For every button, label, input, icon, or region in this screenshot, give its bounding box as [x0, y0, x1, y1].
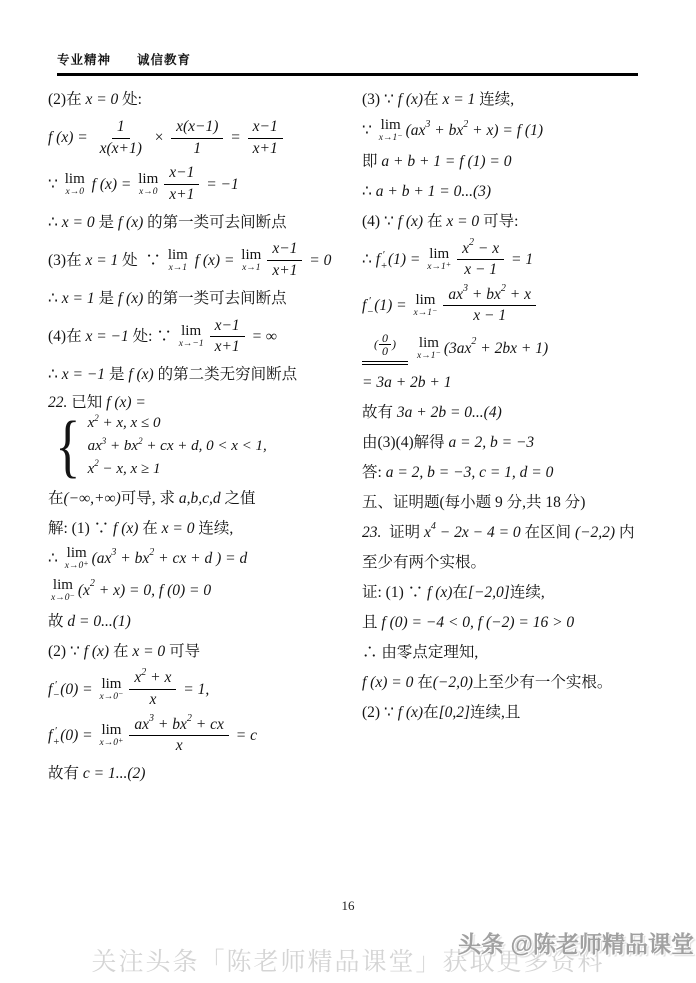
math-run: f (0) = −4 < 0, f (−2) = 16 > 0 — [381, 613, 574, 632]
text-run: 是 — [98, 213, 117, 232]
math-run: x→1 — [242, 264, 260, 274]
math-run: x — [134, 669, 141, 688]
math-line: 即 a + b + 1 = f (1) = 0 — [362, 150, 668, 174]
math-line: 由(3)(4)解得 a = 2, b = −3 — [362, 431, 668, 455]
fraction: 1x(x+1) — [95, 118, 147, 158]
text-run: 处: ∵ — [133, 327, 176, 346]
math-run: x = 0 — [62, 213, 99, 232]
limit-subscript: x→0− — [100, 693, 124, 703]
numerator: x−1 — [164, 164, 199, 185]
text-run: 证明 — [389, 523, 424, 542]
math-line: ∴ x = 0 是 f (x) 的第一类可去间断点 — [48, 210, 354, 234]
text-run: 是 — [98, 289, 117, 308]
math-line: (2)在 x = 0 处: — [48, 88, 354, 112]
math-run: × — [150, 128, 168, 147]
limit: limx→0+ — [100, 723, 124, 749]
numerator: x2 − x — [457, 240, 504, 261]
math-run: (0) = — [60, 726, 96, 745]
math-line: (00)limx→1−(3ax2 + 2bx + 1) — [362, 332, 668, 365]
math-line: ∴ x = −1 是 f (x) 的第二类无穷间断点 — [48, 363, 354, 387]
limit-word: lim — [241, 248, 261, 263]
math-line: (3)在 x = 1 处 ∵ limx→1 f (x) = limx→1x−1x… — [48, 240, 354, 280]
math-run: = ∞ — [248, 327, 277, 346]
fraction: x−1x+1 — [267, 240, 302, 280]
text-run: (3)在 — [48, 251, 85, 270]
math-run: + bx — [430, 121, 463, 140]
math-run: x→1 — [427, 263, 445, 273]
sign-mark: − — [53, 691, 59, 702]
numerator: ax3 + bx2 + cx — [129, 716, 228, 737]
math-run: f — [362, 296, 366, 315]
math-run: x−1 — [215, 317, 240, 336]
text-run: 在 — [417, 673, 433, 692]
superscript: − — [118, 690, 123, 698]
text-run: 在 — [423, 90, 439, 109]
math-run: x — [176, 737, 183, 756]
math-run: x→0 — [65, 562, 83, 572]
math-line: (4) ∵ f (x) 在 x = 0 可导: — [362, 210, 668, 234]
fraction: ax3 + bx2 + cxx — [129, 716, 228, 756]
text-run: (4)在 — [48, 327, 85, 346]
math-run: = 0 — [305, 251, 331, 270]
math-line: 在(−∞,+∞)可导, 求 a,b,c,d 之值 — [48, 486, 354, 510]
text-run: ∴ — [48, 365, 62, 384]
motto-right: 诚信教育 — [137, 53, 191, 67]
math-run: ( — [374, 337, 378, 352]
prime-with-sign: ′− — [53, 681, 59, 702]
superscript: + — [446, 261, 451, 269]
superscript: 2 — [141, 667, 146, 679]
math-run: ) — [392, 337, 396, 352]
math-run: x→1 — [169, 264, 187, 274]
limit: limx→0+ — [65, 546, 89, 572]
math-run: x = 0 — [446, 212, 483, 231]
numerator: x2 + x — [129, 669, 176, 690]
math-run: a + b + 1 = 0...(3) — [376, 182, 491, 201]
math-run: (ax — [406, 121, 426, 140]
limit: limx→0 — [65, 172, 85, 198]
math-line: 且 f (0) = −4 < 0, f (−2) = 16 > 0 — [362, 611, 668, 635]
math-run: 0 — [382, 332, 388, 345]
math-run: x — [424, 523, 431, 542]
math-run: x−1 — [169, 164, 194, 183]
math-run: x−1 — [272, 240, 297, 259]
text-run: ∴ 由零点定理知, — [362, 643, 478, 662]
prime-with-sign: ′+ — [381, 251, 387, 272]
math-run: [−2,0] — [468, 583, 510, 602]
limit-subscript: x→1− — [379, 134, 403, 144]
math-run: + cx — [192, 716, 224, 735]
superscript: − — [432, 307, 437, 315]
limit: limx→0− — [51, 578, 75, 604]
math-run: (−2,2) — [575, 523, 619, 542]
superscript: 2 — [463, 119, 468, 132]
math-run: 3a + 2b = 0...(4) — [397, 403, 502, 422]
text-run: 可导, 求 — [121, 489, 179, 508]
superscript: 3 — [425, 119, 430, 132]
denominator: x − 1 — [468, 306, 511, 326]
math-run: + x — [146, 669, 171, 688]
numerator: x−1 — [267, 240, 302, 261]
math-run: x→1 — [417, 352, 435, 362]
math-line: ∵ limx→0 f (x) = limx→0x−1x+1 = −1 — [48, 164, 354, 204]
fraction: x−1x+1 — [210, 317, 245, 357]
numerator: 1 — [112, 118, 130, 139]
text-run: ∴ — [48, 213, 62, 232]
limit-word: lim — [168, 248, 188, 263]
math-run: c = 1...(2) — [83, 764, 146, 783]
limit-word: lim — [65, 172, 85, 187]
math-run: = c — [232, 726, 257, 745]
math-line: 解: (1) ∵ f (x) 在 x = 0 连续, — [48, 516, 354, 540]
superscript: 2 — [94, 413, 99, 424]
math-line: 23. 证明 x4 − 2x − 4 = 0 在区间 (−2,2) 内 — [362, 521, 668, 545]
text-run: 由(3)(4)解得 — [362, 433, 449, 452]
math-run: a = 2, b = −3 — [449, 433, 535, 452]
piecewise-row: x2 + x, x ≤ 0 — [88, 414, 267, 433]
math-run: − x — [474, 240, 499, 259]
math-run: x = 1 — [62, 289, 99, 308]
text-run: 可导 — [169, 642, 200, 661]
text-run: 证: (1) ∵ — [362, 583, 427, 602]
math-line: 五、证明题(每小题 9 分,共 18 分) — [362, 491, 668, 515]
math-run: + cx + d, 0 < x < 1, — [143, 437, 267, 456]
sign-mark: + — [381, 262, 387, 273]
math-run: f (x) — [113, 519, 142, 538]
piecewise-function: {x2 + x, x ≤ 0ax3 + bx2 + cx + d, 0 < x … — [51, 412, 267, 480]
math-run: x — [462, 240, 469, 259]
numerator: x−1 — [248, 118, 283, 139]
text-run: 在 — [423, 703, 439, 722]
math-run: x→0 — [51, 594, 69, 604]
limit-subscript: x→0+ — [65, 562, 89, 572]
superscript: 2 — [469, 237, 474, 249]
math-run: (−2,0) — [433, 673, 473, 692]
math-line: f′+(0) = limx→0+ax3 + bx2 + cxx = c — [48, 716, 354, 756]
math-run: = −1 — [202, 175, 238, 194]
limit: limx→−1 — [179, 324, 204, 350]
math-run: x+1 — [272, 262, 297, 281]
math-run: x − 1 — [464, 261, 497, 280]
math-run: x+1 — [215, 338, 240, 357]
math-line: 至少有两个实根。 — [362, 551, 668, 575]
math-run: + bx — [106, 437, 138, 456]
text-run: (4) ∵ — [362, 212, 398, 231]
math-run: + bx — [154, 716, 187, 735]
math-line: ∴ x = 1 是 f (x) 的第一类可去间断点 — [48, 287, 354, 311]
document-page: 专业精神诚信教育 (2)在 x = 0 处:f (x) = 1x(x+1) × … — [0, 0, 696, 983]
math-run: x = −1 — [85, 327, 132, 346]
superscript: 3 — [102, 436, 107, 447]
math-line: f′−(1) = limx→1−ax3 + bx2 + xx − 1 — [362, 286, 668, 326]
text-run: ∴ — [48, 289, 62, 308]
math-run: = 1, — [179, 680, 209, 699]
text-run: 解: (1) ∵ — [48, 519, 113, 538]
math-run: a = 2, b = −3, c = 1, d = 0 — [386, 463, 554, 482]
math-run: f — [48, 680, 52, 699]
math-line: ∴ a + b + 1 = 0...(3) — [362, 180, 668, 204]
text-run: (2)在 — [48, 90, 85, 109]
text-run: (2) ∵ — [362, 703, 398, 722]
math-run: 23. — [362, 523, 389, 542]
denominator: x+1 — [210, 337, 245, 357]
math-run: x→1 — [379, 134, 397, 144]
math-run: x = 0 — [132, 642, 169, 661]
corner-watermark: 头条 @陈老师精品课堂 — [458, 926, 694, 959]
text-run: ∵ — [362, 121, 376, 140]
text-run: 处: — [122, 90, 142, 109]
double-equals-bar — [362, 361, 408, 365]
math-run: + bx — [116, 549, 149, 568]
text-run: ∴ — [48, 549, 62, 568]
math-run: x — [88, 414, 95, 433]
text-run: (3) ∵ — [362, 90, 398, 109]
math-line: 故有 3a + 2b = 0...(4) — [362, 401, 668, 425]
math-run: x+1 — [169, 186, 194, 205]
math-line: (4)在 x = −1 处: ∵ limx→−1x−1x+1 = ∞ — [48, 317, 354, 357]
text-run: 故有 — [362, 403, 397, 422]
text-run: 连续, — [510, 583, 545, 602]
superscript: 4 — [431, 521, 436, 534]
math-run: x(x+1) — [100, 140, 142, 159]
text-run: 的第一类可去间断点 — [147, 289, 287, 308]
superscript: 2 — [90, 578, 95, 591]
math-run: x→0 — [100, 693, 118, 703]
math-run: f — [48, 726, 52, 745]
fraction: x2 − xx − 1 — [457, 240, 504, 280]
math-run: x — [88, 460, 95, 479]
denominator: x+1 — [267, 261, 302, 281]
text-run: 连续, — [198, 519, 233, 538]
math-run: f (x) = 0 — [362, 673, 417, 692]
text-run: 可导: — [483, 212, 518, 231]
text-run: ∴ — [362, 182, 376, 201]
limit-subscript: x→1 — [169, 264, 187, 274]
math-line: f (x) = 0 在(−2,0)上至少有一个实根。 — [362, 671, 668, 695]
text-run: 故有 — [48, 764, 83, 783]
math-run: (x — [78, 581, 90, 600]
text-run: 至少有两个实根。 — [362, 553, 486, 572]
piecewise-row: x2 − x, x ≥ 1 — [88, 460, 267, 479]
text-run: 之值 — [225, 489, 256, 508]
page-header-motto: 专业精神诚信教育 — [57, 50, 638, 76]
fraction: 00 — [379, 332, 391, 358]
math-run: = 1 — [507, 250, 533, 269]
text-run: 答: — [362, 463, 386, 482]
math-run: f (x) — [84, 642, 113, 661]
sign-mark: − — [367, 308, 373, 319]
math-line: ∵ limx→1−(ax3 + bx2 + x) = f (1) — [362, 118, 668, 144]
math-run: + x) = 0, f (0) = 0 — [95, 581, 211, 600]
limit-subscript: x→0 — [66, 188, 84, 198]
text-run: 连续,且 — [470, 703, 520, 722]
superscript: 2 — [149, 547, 154, 560]
denominator: 0 — [379, 345, 391, 358]
right-column: (3) ∵ f (x)在 x = 1 连续,∵ limx→1−(ax3 + bx… — [362, 82, 668, 792]
superscript: − — [69, 592, 74, 600]
piecewise-rows: x2 + x, x ≤ 0ax3 + bx2 + cx + d, 0 < x <… — [88, 412, 267, 480]
math-run: + bx — [468, 286, 501, 305]
math-run: ax — [88, 437, 102, 456]
math-line: 答: a = 2, b = −3, c = 1, d = 0 — [362, 461, 668, 485]
text-run: 的第二类无穷间断点 — [158, 365, 298, 384]
limit: limx→0 — [138, 172, 158, 198]
math-line: 证: (1) ∵ f (x)在[−2,0]连续, — [362, 581, 668, 605]
zero-over-zero-equals: (00) — [362, 332, 408, 365]
math-run: (−∞,+∞) — [64, 489, 121, 508]
math-run: x→−1 — [179, 340, 204, 350]
limit-subscript: x→0 — [139, 188, 157, 198]
math-run: x→0 — [66, 188, 84, 198]
superscript: − — [397, 132, 402, 140]
limit: limx→1− — [414, 293, 438, 319]
math-run: f (x) = — [191, 251, 238, 270]
math-run: f (x) = — [106, 393, 150, 412]
text-run: 故 — [48, 612, 67, 631]
limit-subscript: x→0+ — [100, 739, 124, 749]
text-run: 在 — [452, 583, 468, 602]
math-line: limx→0−(x2 + x) = 0, f (0) = 0 — [48, 578, 354, 604]
math-run: (3ax — [444, 339, 472, 358]
limit: limx→1 — [241, 248, 261, 274]
limit-subscript: x→1− — [414, 309, 438, 319]
math-run: − 2x − 4 = 0 — [436, 523, 525, 542]
math-run: x→1 — [414, 309, 432, 319]
math-run: f (x) — [118, 289, 147, 308]
limit-subscript: x→1 — [242, 264, 260, 274]
math-line: f′−(0) = limx→0−x2 + xx = 1, — [48, 669, 354, 709]
math-line: f (x) = 1x(x+1) × x(x−1)1 = x−1x+1 — [48, 118, 354, 158]
math-run: = 3a + 2b + 1 — [362, 373, 452, 392]
text-run: 的第一类可去间断点 — [147, 213, 287, 232]
text-run: 五、证明题(每小题 9 分,共 18 分) — [362, 493, 585, 512]
text-run: 内 — [619, 523, 635, 542]
math-line: (2) ∵ f (x) 在 x = 0 可导 — [48, 639, 354, 663]
limit-subscript: x→0− — [51, 594, 75, 604]
text-run: 是 — [109, 365, 128, 384]
superscript: 2 — [501, 283, 506, 295]
superscript: 2 — [138, 436, 143, 447]
math-run: x−1 — [253, 118, 278, 137]
limit: limx→1− — [379, 118, 403, 144]
denominator: x — [171, 736, 188, 756]
math-run: x+1 — [253, 140, 278, 159]
math-run: x = 0 — [85, 90, 122, 109]
math-run: = — [226, 128, 244, 147]
left-brace: { — [55, 418, 80, 475]
math-run: f (x) — [427, 583, 452, 602]
limit: limx→1+ — [427, 247, 451, 273]
math-run: + 2bx + 1) — [476, 339, 548, 358]
text-run: 处 ∵ — [122, 251, 165, 270]
numerator: x(x−1) — [171, 118, 223, 139]
math-run: f (x) — [128, 365, 157, 384]
math-run: + x — [506, 286, 531, 305]
superscript: 3 — [111, 547, 116, 560]
text-run: 在 — [427, 212, 446, 231]
math-line: = 3a + 2b + 1 — [362, 371, 668, 395]
superscript: 2 — [471, 336, 476, 349]
math-run: ax — [134, 716, 149, 735]
math-run: 0 — [382, 345, 388, 358]
math-line: 22. 已知 f (x) = {x2 + x, x ≤ 0ax3 + bx2 +… — [48, 393, 354, 481]
math-run: + cx + d ) = d — [154, 549, 247, 568]
fraction: x2 + xx — [129, 669, 176, 709]
fraction: x(x−1)1 — [171, 118, 223, 158]
limit-subscript: x→−1 — [179, 340, 204, 350]
math-run: x = 0 — [162, 519, 199, 538]
math-run: f (x) — [118, 213, 147, 232]
math-line: ∴ 由零点定理知, — [362, 641, 668, 665]
math-run: x — [149, 691, 156, 710]
superscript: + — [83, 560, 88, 568]
math-run: 1 — [193, 140, 201, 159]
math-run: (1) = — [374, 296, 410, 315]
denominator: x(x+1) — [95, 139, 147, 159]
math-run: x − 1 — [473, 307, 506, 326]
superscript: 3 — [463, 283, 468, 295]
math-line: ∴ limx→0+(ax3 + bx2 + cx + d ) = d — [48, 546, 354, 572]
fraction: ax3 + bx2 + xx − 1 — [443, 286, 536, 326]
text-run: (2) ∵ — [48, 642, 84, 661]
text-run: 即 — [362, 152, 381, 171]
math-run: (0) = — [60, 680, 96, 699]
limit: limx→1 — [168, 248, 188, 274]
numerator: ax3 + bx2 + x — [443, 286, 536, 307]
indeterminate-form: (00) — [374, 332, 396, 358]
two-column-content: (2)在 x = 0 处:f (x) = 1x(x+1) × x(x−1)1 =… — [48, 82, 668, 792]
text-run: ∵ — [48, 175, 62, 194]
text-run: 在 — [48, 489, 64, 508]
math-run: − x, x ≥ 1 — [99, 460, 161, 479]
math-run: x = 1 — [85, 251, 122, 270]
math-run: x = −1 — [62, 365, 109, 384]
superscript: 2 — [94, 458, 99, 469]
text-run: 上至少有一个实根。 — [473, 673, 613, 692]
page-number: 16 — [0, 898, 696, 914]
math-run: f (x) — [398, 90, 423, 109]
fraction: x−1x+1 — [248, 118, 283, 158]
math-run: 1 — [117, 118, 125, 137]
limit-subscript: x→1+ — [427, 263, 451, 273]
math-run: (1) = — [388, 250, 424, 269]
math-line: (3) ∵ f (x)在 x = 1 连续, — [362, 88, 668, 112]
motto-left: 专业精神 — [57, 53, 111, 67]
denominator: x+1 — [164, 185, 199, 205]
superscript: 3 — [149, 713, 154, 725]
left-column: (2)在 x = 0 处:f (x) = 1x(x+1) × x(x−1)1 =… — [48, 82, 354, 792]
numerator: x−1 — [210, 317, 245, 338]
piecewise-row: ax3 + bx2 + cx + d, 0 < x < 1, — [88, 437, 267, 456]
math-line: ∴ f′+(1) = limx→1+x2 − xx − 1 = 1 — [362, 240, 668, 280]
math-run: f — [376, 250, 380, 269]
math-run: f (x) = — [88, 175, 135, 194]
limit-subscript: x→1− — [417, 352, 441, 362]
superscript: + — [118, 737, 123, 745]
text-run: 在 — [142, 519, 161, 538]
math-line: 故 d = 0...(1) — [48, 609, 354, 633]
math-run: x(x−1) — [176, 118, 218, 137]
limit-word: lim — [138, 172, 158, 187]
math-line: 故有 c = 1...(2) — [48, 762, 354, 786]
numerator: 0 — [379, 332, 391, 346]
sign-mark: + — [53, 738, 59, 749]
text-run: 且 — [362, 613, 381, 632]
limit: limx→0− — [100, 677, 124, 703]
math-run: + x) = f (1) — [468, 121, 543, 140]
math-run: x→0 — [100, 739, 118, 749]
math-run: f (x) = — [48, 128, 92, 147]
